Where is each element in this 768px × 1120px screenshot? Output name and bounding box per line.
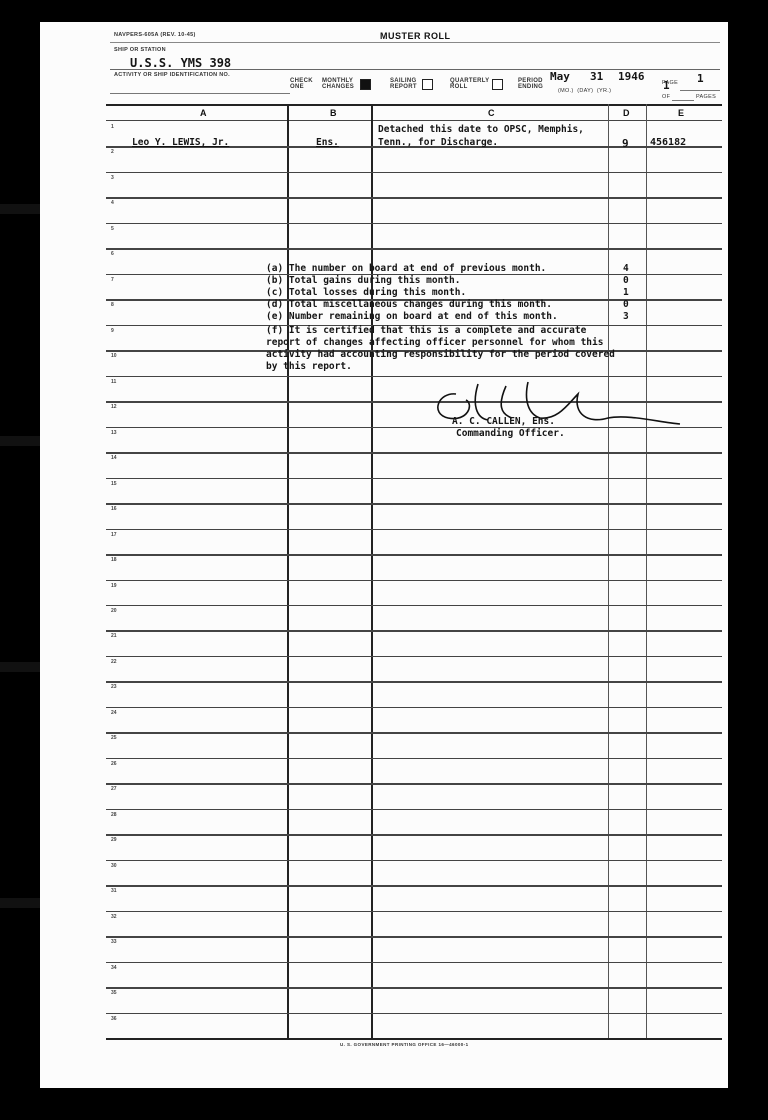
entry-rank: Ens. [316,137,339,148]
header-row-border [106,120,722,121]
column-header-a: A [200,108,207,118]
row-number: 11 [111,379,116,385]
column-header-e: E [678,108,684,118]
of-label: OF [662,94,670,100]
row-divider [106,605,722,607]
row-divider [106,529,722,531]
entry-name: Leo Y. LEWIS, Jr. [132,137,229,148]
row-number: 5 [111,226,114,232]
row-number: 6 [111,251,114,257]
row-number: 8 [111,302,114,308]
row-divider [106,248,722,250]
option-quarterly-roll-label: QUARTERLY ROLL [450,78,488,90]
row-number: 1 [111,124,114,130]
row-divider [106,656,722,658]
row-number: 24 [111,710,117,716]
row-divider [106,503,722,505]
ship-value: U.S.S. YMS 398 [130,56,231,70]
summary-value-e: 3 [623,311,629,322]
summary-item-c: (c) Total losses during this month. [266,287,466,298]
row-number: 32 [111,914,117,920]
period-year: 1946 [618,70,645,83]
row-number: 15 [111,481,117,487]
summary-value-d: 0 [623,299,629,310]
row-divider [106,707,722,709]
row-number: 14 [111,455,117,461]
row-divider [106,172,722,174]
page-rule [680,90,720,91]
muster-roll-page: NAVPERS-605A (REV. 10-45) MUSTER ROLL SH… [40,22,728,1088]
row-number: 27 [111,786,117,792]
row-divider [106,962,722,964]
header-rule [110,42,720,43]
printer-imprint: U. S. GOVERNMENT PRINTING OFFICE 16—4600… [340,1042,468,1047]
entry-remarks-line2: Tenn., for Discharge. [378,137,498,148]
row-number: 4 [111,200,114,206]
pages-label: PAGES [696,94,716,100]
of-value: 1 [663,79,670,92]
column-header-d: D [623,108,630,118]
row-divider [106,783,722,785]
table-bottom-border [106,1038,722,1040]
sailing-report-checkbox[interactable] [422,79,433,90]
certification-line-2: report of changes affecting officer pers… [266,337,603,348]
row-divider [106,554,722,556]
row-number: 3 [111,175,114,181]
row-number: 10 [111,353,117,359]
period-sublabels: (MO.) (DAY) (YR.) [558,88,611,94]
row-number: 26 [111,761,117,767]
of-rule [672,100,694,101]
row-number: 36 [111,1016,117,1022]
row-divider [106,452,722,454]
activity-label: ACTIVITY OR SHIP IDENTIFICATION No. [114,72,230,78]
entry-col-e: 456182 [650,137,686,148]
row-number: 16 [111,506,117,512]
check-one-label: CHECK ONE [290,78,314,90]
row-number: 31 [111,888,117,894]
row-number: 30 [111,863,117,869]
row-divider [106,987,722,989]
period-ending-label: PERIOD ENDING [518,78,546,90]
row-number: 12 [111,404,117,410]
row-number: 28 [111,812,117,818]
row-number: 17 [111,532,117,538]
page-value: 1 [697,72,704,85]
summary-item-a: (a) The number on board at end of previo… [266,263,546,274]
row-divider [106,885,722,887]
certification-line-1: (f) It is certified that this is a compl… [266,325,586,336]
entry-remarks-line1: Detached this date to OPSC, Memphis, [378,124,584,135]
activity-rule [110,93,290,94]
row-number: 35 [111,990,117,996]
period-day: 31 [590,70,603,83]
row-number: 7 [111,277,114,283]
row-divider [106,758,722,760]
certification-line-4: by this report. [266,361,352,372]
entry-col-d: 9 [622,137,629,150]
row-divider [106,580,722,582]
column-divider-cd [608,104,609,1038]
row-divider [106,630,722,632]
summary-value-a: 4 [623,263,629,274]
signature-title: Commanding Officer. [456,428,565,439]
row-divider [106,911,722,913]
summary-item-b: (b) Total gains during this month. [266,275,460,286]
row-number: 2 [111,149,114,155]
row-number: 9 [111,328,114,334]
row-divider [106,809,722,811]
option-sailing-report-label: SAILING REPORT [390,78,420,90]
quarterly-roll-checkbox[interactable] [492,79,503,90]
column-divider-de [646,104,647,1038]
form-title: MUSTER ROLL [380,31,451,41]
row-divider [106,834,722,836]
row-number: 18 [111,557,117,563]
row-divider [106,1013,722,1015]
row-number: 22 [111,659,117,665]
row-divider [106,681,722,683]
certification-line-3: activity had accounting responsibility f… [266,349,615,360]
row-divider [106,223,722,225]
column-divider-bc [371,104,373,1038]
row-number: 13 [111,430,117,436]
summary-value-b: 0 [623,275,629,286]
row-number: 21 [111,633,117,639]
table-top-border [106,104,722,106]
row-number: 20 [111,608,117,614]
row-number: 29 [111,837,117,843]
row-divider [106,936,722,938]
ship-label: SHIP OR STATION [114,47,166,53]
row-number: 19 [111,583,117,589]
row-number: 34 [111,965,117,971]
row-divider [106,732,722,734]
row-divider [106,860,722,862]
row-number: 25 [111,735,117,741]
summary-item-e: (e) Number remaining on board at end of … [266,311,558,322]
row-number: 33 [111,939,117,945]
option-monthly-changes-label: MONTHLY CHANGES [322,78,362,90]
row-divider [106,197,722,199]
column-header-c: C [488,108,495,118]
summary-value-c: 1 [623,287,629,298]
signature-name: A. C. CALLEN, Ens. [452,416,555,427]
column-divider-ab [287,104,289,1038]
monthly-changes-checkbox[interactable] [360,79,371,90]
row-number: 23 [111,684,117,690]
summary-item-d: (d) Total miscellaneous changes during t… [266,299,552,310]
form-number: NAVPERS-605A (REV. 10-45) [114,32,196,38]
period-month: May [550,70,570,83]
column-header-b: B [330,108,337,118]
row-divider [106,478,722,480]
